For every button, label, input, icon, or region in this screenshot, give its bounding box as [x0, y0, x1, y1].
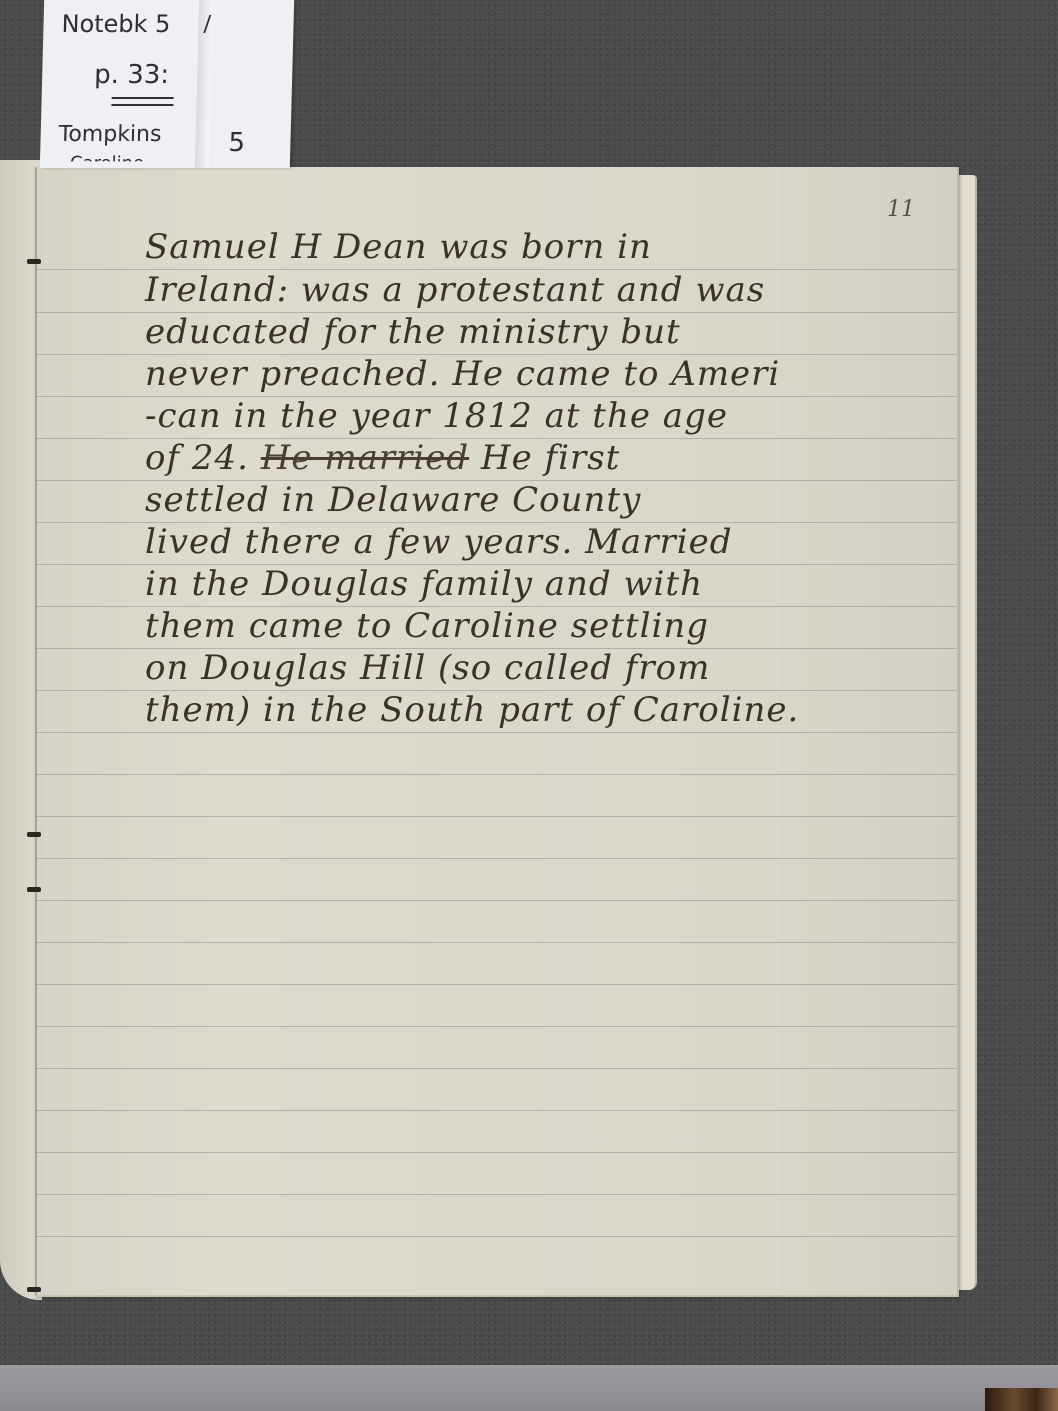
handwritten-line: lived there a few years. Married — [145, 522, 732, 562]
underline-mark — [111, 97, 173, 106]
handwritten-line: Samuel H Dean was born in — [145, 227, 652, 267]
handwritten-line: them came to Caroline settling — [145, 606, 709, 646]
ruled-line — [35, 1026, 957, 1027]
binding-stitch — [27, 832, 41, 837]
wood-edge — [985, 1388, 1058, 1411]
handwritten-line: them) in the South part of Caroline. — [145, 690, 799, 730]
sticky-note-mark: / — [203, 12, 211, 37]
handwritten-text: of 24. — [145, 438, 249, 478]
handwritten-line: educated for the ministry but — [145, 312, 681, 352]
handwritten-text: He first — [481, 438, 620, 478]
ruled-line — [35, 1152, 957, 1153]
binding-stitch — [27, 887, 41, 892]
handwritten-line: of 24. He married He first — [145, 438, 620, 478]
ruled-line — [35, 942, 957, 943]
handwritten-line: on Douglas Hill (so called from — [145, 648, 710, 688]
ruled-line — [35, 900, 957, 901]
sticky-note-line: Tompkins — [58, 122, 161, 147]
sticky-note-mark: 5 — [228, 128, 245, 158]
ruled-line — [35, 1236, 957, 1237]
table-surface — [0, 1365, 1058, 1411]
sticky-note-line: p. 33: — [94, 60, 170, 90]
handwritten-line: -can in the year 1812 at the age — [145, 396, 728, 436]
binding-stitch — [27, 1287, 41, 1292]
notebook-page: 11 Samuel H Dean was born in Ireland: wa… — [35, 167, 959, 1297]
page-number: 11 — [887, 197, 915, 222]
sticky-note-line: Notebk 5 — [61, 10, 171, 38]
page-spine — [35, 167, 37, 1295]
ruled-line — [35, 816, 957, 817]
binding-stitch — [27, 259, 41, 264]
ruled-line — [35, 1110, 957, 1111]
ruled-line — [35, 1194, 957, 1195]
ruled-line — [35, 732, 957, 733]
handwritten-line: in the Douglas family and with — [145, 564, 703, 604]
sticky-note-label: Notebk 5 / p. 33: Tompkins 5 Caroline — [40, 0, 294, 168]
ruled-line — [35, 984, 957, 985]
ruled-line — [35, 774, 957, 775]
ruled-line — [35, 1068, 957, 1069]
ruled-line — [35, 858, 957, 859]
handwritten-line: Ireland: was a protestant and was — [145, 270, 765, 310]
handwritten-line: settled in Delaware County — [145, 480, 641, 520]
handwritten-line: never preached. He came to Ameri — [145, 354, 780, 394]
struck-through-text: He married — [261, 438, 469, 478]
